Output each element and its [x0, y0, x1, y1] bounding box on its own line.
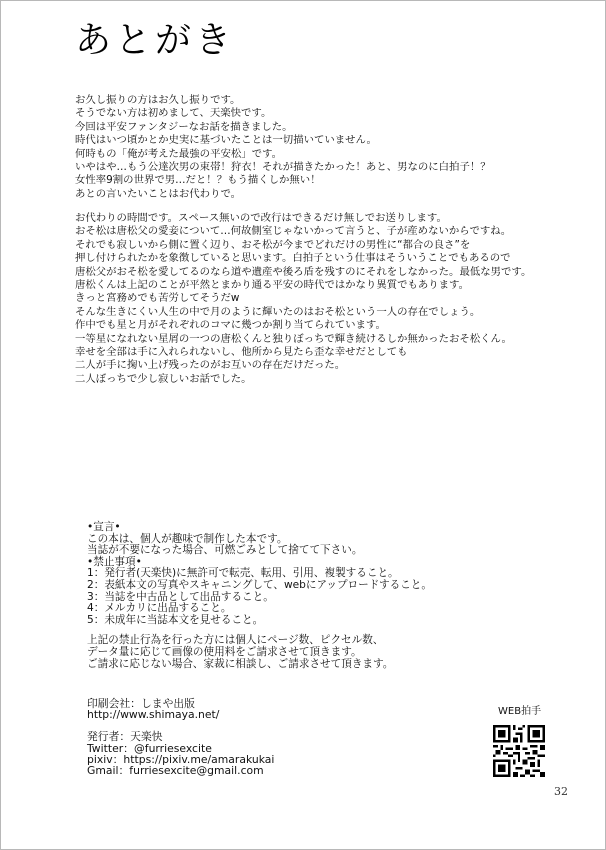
text-line: お久し振りの方はお久し振りです。 [75, 94, 491, 107]
paragraph-greeting: お久し振りの方はお久し振りです。 そうでない方は初めまして、天楽快です。 今回は… [75, 94, 491, 201]
text-line: あとの言いたいことはお代わりで。 [75, 188, 491, 201]
declaration-heading: •宣言• [87, 522, 432, 534]
qr-code-icon[interactable] [493, 725, 545, 777]
text-line: 二人が手に掬い上げ残ったのがお互いの存在だけだった。 [75, 359, 531, 372]
prohibited-item: 5：未成年に当誌本文を見せること。 [87, 615, 432, 627]
paragraph-commentary: お代わりの時間です。スペース無いので改行はできるだけ無しでお送りします。 おそ松… [75, 212, 531, 386]
text-line: そんな生きにくい人生の中で月のように輝いたのはおそ松という一人の存在でしょう。 [75, 306, 531, 319]
text-line: 唐松父がおそ松を愛してるのなら道や遺産や後ろ盾を残すのにそれをしなかった。最低な… [75, 266, 531, 279]
printer-url[interactable]: http://www.shimaya.net/ [87, 709, 274, 720]
text-line: きっと宮務めでも苦労してそうだw [75, 292, 531, 305]
penalty-line: ご請求に応じない場合、家裁に相談し、ご請求させて頂きます。 [87, 659, 432, 671]
text-line: 女性率9割の世界で男…だと！？もう描くしか無い！ [75, 174, 491, 187]
text-line: それでも寂しいから側に置く辺り、おそ松が今までどれだけの男性に“都合の良さ”を [75, 239, 531, 252]
text-line: 作中でも星と月がそれぞれのコマに幾つか割り当てられています。 [75, 319, 531, 332]
text-line: 唐松くんは上記のことが平然とまかり通る平安の時代ではかなり異質でもあります。 [75, 279, 531, 292]
prohibited-item: 4：メルカリに出品すること。 [87, 603, 432, 615]
page-number: 32 [554, 785, 568, 798]
text-line: 何時もの「俺が考えた最強の平安松」です。 [75, 148, 491, 161]
publisher-name: 発行者：天楽快 [87, 731, 274, 742]
web-clap-label: WEB拍手 [498, 702, 541, 717]
text-line: お代わりの時間です。スペース無いので改行はできるだけ無しでお送りします。 [75, 212, 531, 225]
afterword-page: あとがき お久し振りの方はお久し振りです。 そうでない方は初めまして、天楽快です… [0, 0, 606, 850]
page-title: あとがき [75, 23, 235, 59]
text-line: おそ松は唐松父の愛妾について…何故側室じゃないかって言うと、子が産めないからです… [75, 225, 531, 238]
text-line: 今回は平安ファンタジーなお話を描きました。 [75, 121, 491, 134]
text-line: そうでない方は初めまして、天楽快です。 [75, 107, 491, 120]
notice-section: •宣言• この本は、個人が趣味で制作した本です。 当誌が不要になった場合、可燃ご… [87, 522, 432, 670]
prohibited-item: 2：表紙本文の写真やスキャニングして、webにアップロードすること。 [87, 580, 432, 592]
penalty-line: データ量に応じて画像の使用料をご請求させて頂きます。 [87, 647, 432, 659]
text-line: 時代はいつ頃かとか史実に基づいたことは一切描いていません。 [75, 134, 491, 147]
credits-section: 印刷会社：しまや出版 http://www.shimaya.net/ 発行者：天… [87, 698, 274, 776]
gmail-address[interactable]: Gmail：furriesexcite@gmail.com [87, 765, 274, 776]
text-line: 幸せを全部は手に入れられないし、他所から見たら歪な幸せだとしても [75, 346, 531, 359]
text-line: いやはや…もう公達次男の束帯！狩衣！それが描きたかった！あと、男なのに白拍子！？ [75, 161, 491, 174]
text-line: 一等星になれない星屑の一つの唐松くんと独りぼっちで輝き続けるしか無かったおそ松く… [75, 333, 531, 346]
text-line: 二人ぼっちで少し寂しいお話でした。 [75, 373, 531, 386]
text-line: 押し付けられたかを象徴していると思います。白拍子という仕事はそういうことでもある… [75, 252, 531, 265]
